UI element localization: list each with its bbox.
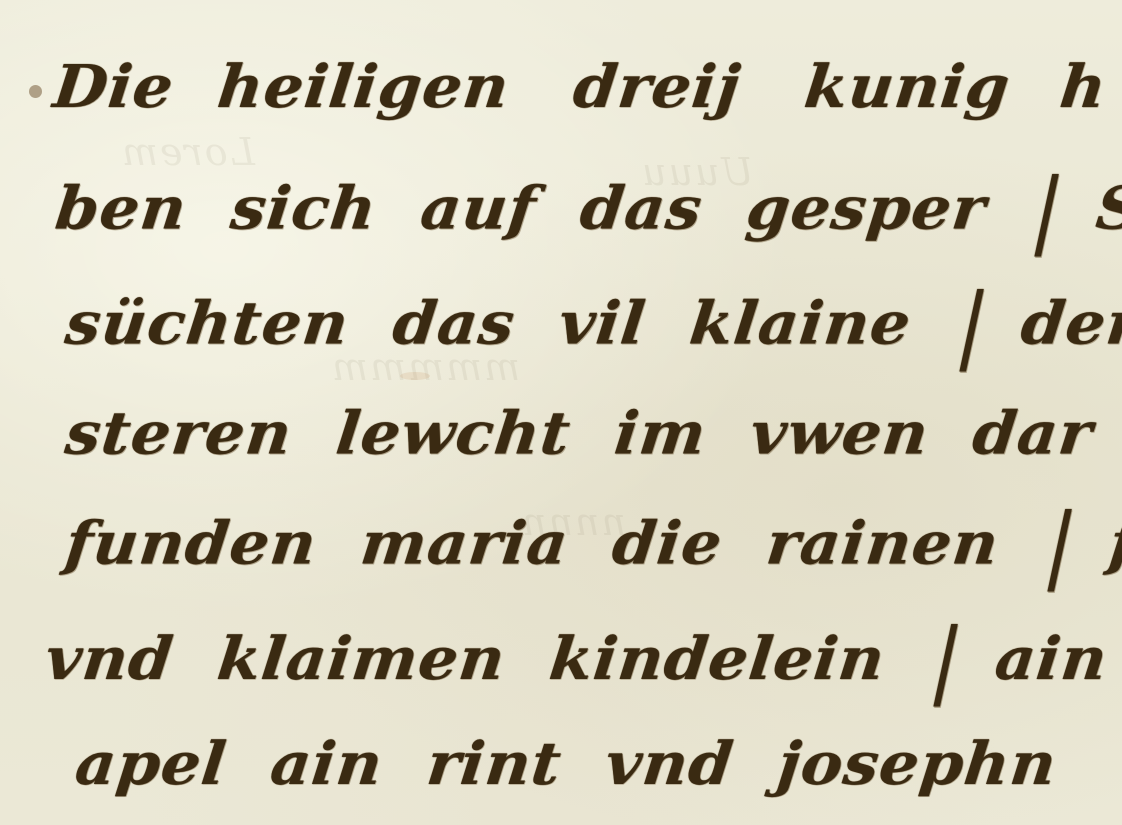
word: lewcht: [333, 399, 575, 468]
word: klaimen: [214, 624, 509, 693]
virgula-separator: |: [1026, 160, 1071, 257]
word: vwen: [747, 399, 933, 468]
virgula-separator: |: [951, 275, 996, 372]
manuscript-line-3: süchten das vil klaine | der: [62, 289, 1122, 358]
word: vnd: [42, 624, 177, 693]
word: vnd: [602, 729, 737, 798]
word: Sy: [1093, 174, 1122, 243]
word: auf: [417, 174, 540, 243]
paper-stain: [400, 372, 430, 380]
word: f: [1106, 509, 1122, 578]
manuscript-line-7: apel ain rint vnd josephn: [72, 729, 1082, 798]
word: apel: [72, 729, 230, 798]
word: süchten: [62, 289, 353, 358]
word: ain: [267, 729, 386, 798]
word: ben: [52, 174, 191, 243]
word: maria: [357, 509, 572, 578]
word: sich: [227, 174, 380, 243]
word: dar: [969, 399, 1096, 468]
word: h: [1057, 52, 1111, 121]
word: rainen: [763, 509, 1003, 578]
word: vil: [556, 289, 650, 358]
bleed-through-text: Lorem: [120, 130, 255, 174]
word: klaine: [686, 289, 914, 358]
word: ain: [992, 624, 1111, 693]
manuscript-line-2: ben sich auf das gesper | Sy: [52, 174, 1122, 243]
word: kindelein: [546, 624, 889, 693]
word: kunig: [801, 52, 1014, 121]
manuscript-line-1: Die heiligen dreij kunig h: [50, 52, 1122, 121]
manuscript-line-5: funden maria die rainen | f: [62, 509, 1122, 578]
word: Die: [50, 52, 177, 121]
virgula-separator: |: [1039, 495, 1084, 592]
word: josephn: [774, 729, 1060, 798]
word: steren: [62, 399, 296, 468]
ink-blot: [29, 85, 42, 98]
word: im: [611, 399, 710, 468]
manuscript-page: Lorem Uuuu mmmmm nnnn Die heiligen dreij…: [0, 0, 1122, 825]
word: rint: [424, 729, 566, 798]
word: gesper: [743, 174, 990, 243]
word: das: [577, 174, 706, 243]
manuscript-line-4: steren lewcht im vwen dar | S: [62, 399, 1122, 468]
word: funden: [62, 509, 320, 578]
manuscript-line-6: vnd klaimen kindelein | ain: [42, 624, 1122, 693]
word: dreij: [570, 52, 744, 121]
word: das: [390, 289, 519, 358]
word: heiligen: [214, 52, 513, 121]
word: die: [609, 509, 726, 578]
word: der: [1018, 289, 1122, 358]
virgula-separator: |: [925, 610, 970, 707]
